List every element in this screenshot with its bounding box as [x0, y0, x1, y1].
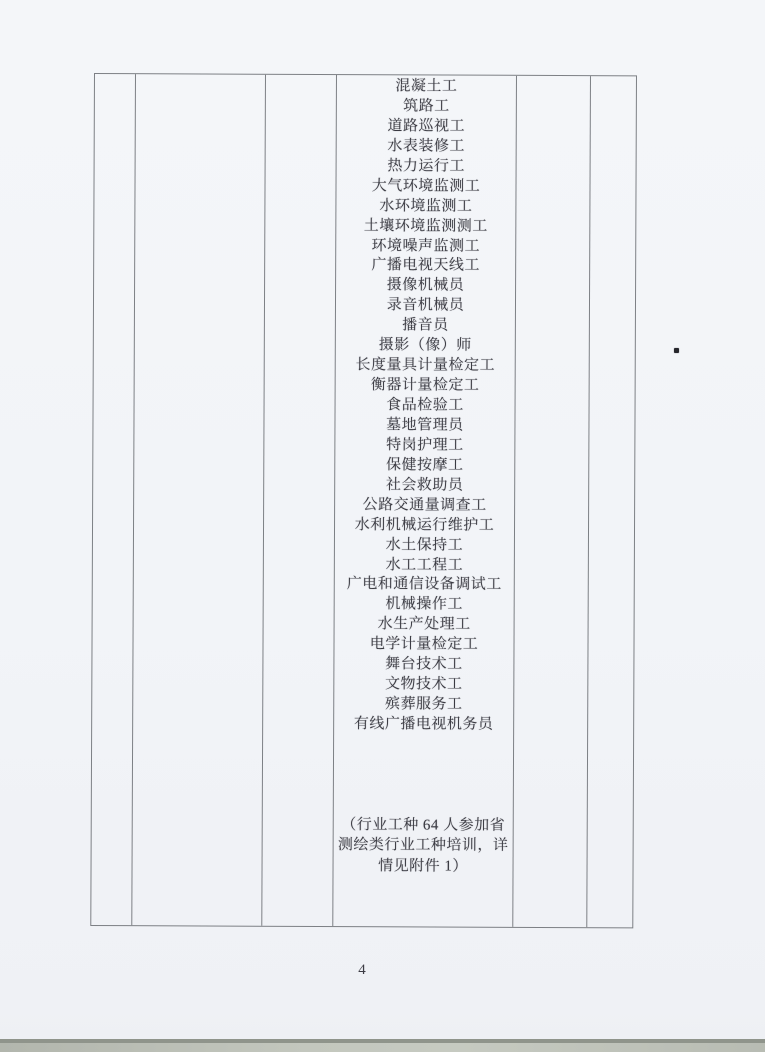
- training-note-line: 情见附件 1）: [333, 856, 512, 877]
- table-column-5: [513, 76, 591, 927]
- occupation-item: 食品检验工: [336, 396, 515, 417]
- occupation-item: 保健按摩工: [335, 456, 514, 477]
- table-column-6: [587, 76, 636, 927]
- occupation-item: 播音员: [336, 316, 515, 337]
- occupation-table: 混凝土工筑路工道路巡视工水表装修工热力运行工大气环境监测工水环境监测工土壤环境监…: [90, 73, 637, 928]
- occupation-item: 社会救助员: [335, 476, 514, 497]
- occupation-item: 热力运行工: [337, 157, 516, 178]
- table-column-2: [132, 74, 266, 926]
- occupation-item: 广电和通信设备调试工: [335, 575, 514, 596]
- occupation-item: 筑路工: [337, 97, 516, 118]
- occupation-item: 有线广播电视机务员: [334, 715, 513, 736]
- occupation-item: 机械操作工: [335, 595, 514, 616]
- occupation-item: 殡葬服务工: [334, 695, 513, 716]
- ink-speck-artifact: [674, 348, 679, 353]
- scan-edge-band: [0, 1043, 765, 1052]
- training-note-line: 测绘类行业工种培训，详: [334, 835, 513, 856]
- training-note: （行业工种 64 人参加省测绘类行业工种培训，详情见附件 1）: [333, 815, 512, 877]
- occupation-item: 电学计量检定工: [334, 635, 513, 656]
- scanned-page: 混凝土工筑路工道路巡视工水表装修工热力运行工大气环境监测工水环境监测工土壤环境监…: [0, 0, 765, 1052]
- occupation-item: 水生产处理工: [335, 615, 514, 636]
- occupation-item: 水利机械运行维护工: [335, 516, 514, 537]
- occupation-item: 衡器计量检定工: [336, 376, 515, 397]
- occupation-item: 舞台技术工: [334, 655, 513, 676]
- occupation-cell: 混凝土工筑路工道路巡视工水表装修工热力运行工大气环境监测工水环境监测工土壤环境监…: [333, 75, 515, 877]
- table-column-3: [262, 75, 337, 926]
- occupation-item: 大气环境监测工: [336, 177, 515, 198]
- occupation-item: 道路巡视工: [337, 117, 516, 138]
- occupation-item: 混凝土工: [337, 77, 516, 98]
- page-number: 4: [352, 962, 372, 979]
- occupation-item: 广播电视天线工: [336, 256, 515, 277]
- occupation-item: 公路交通量调查工: [335, 496, 514, 517]
- occupation-item: 长度量具计量检定工: [336, 356, 515, 377]
- occupation-item: 特岗护理工: [335, 436, 514, 457]
- occupation-item: 环境噪声监测工: [336, 237, 515, 258]
- note-spacer: [334, 735, 513, 816]
- occupation-list: 混凝土工筑路工道路巡视工水表装修工热力运行工大气环境监测工水环境监测工土壤环境监…: [334, 77, 516, 736]
- training-note-line: （行业工种 64 人参加省: [334, 815, 513, 836]
- occupation-item: 水表装修工: [337, 137, 516, 158]
- occupation-item: 土壤环境监测测工: [336, 217, 515, 238]
- table-column-1: [91, 74, 136, 925]
- occupation-item: 摄影（像）师: [336, 336, 515, 357]
- occupation-item: 水工工程工: [335, 556, 514, 577]
- occupation-item: 文物技术工: [334, 675, 513, 696]
- occupation-item: 水土保持工: [335, 536, 514, 557]
- occupation-item: 墓地管理员: [335, 416, 514, 437]
- occupation-item: 摄像机械员: [336, 276, 515, 297]
- table-column-4: 混凝土工筑路工道路巡视工水表装修工热力运行工大气环境监测工水环境监测工土壤环境监…: [333, 75, 517, 927]
- occupation-item: 水环境监测工: [336, 197, 515, 218]
- occupation-item: 录音机械员: [336, 296, 515, 317]
